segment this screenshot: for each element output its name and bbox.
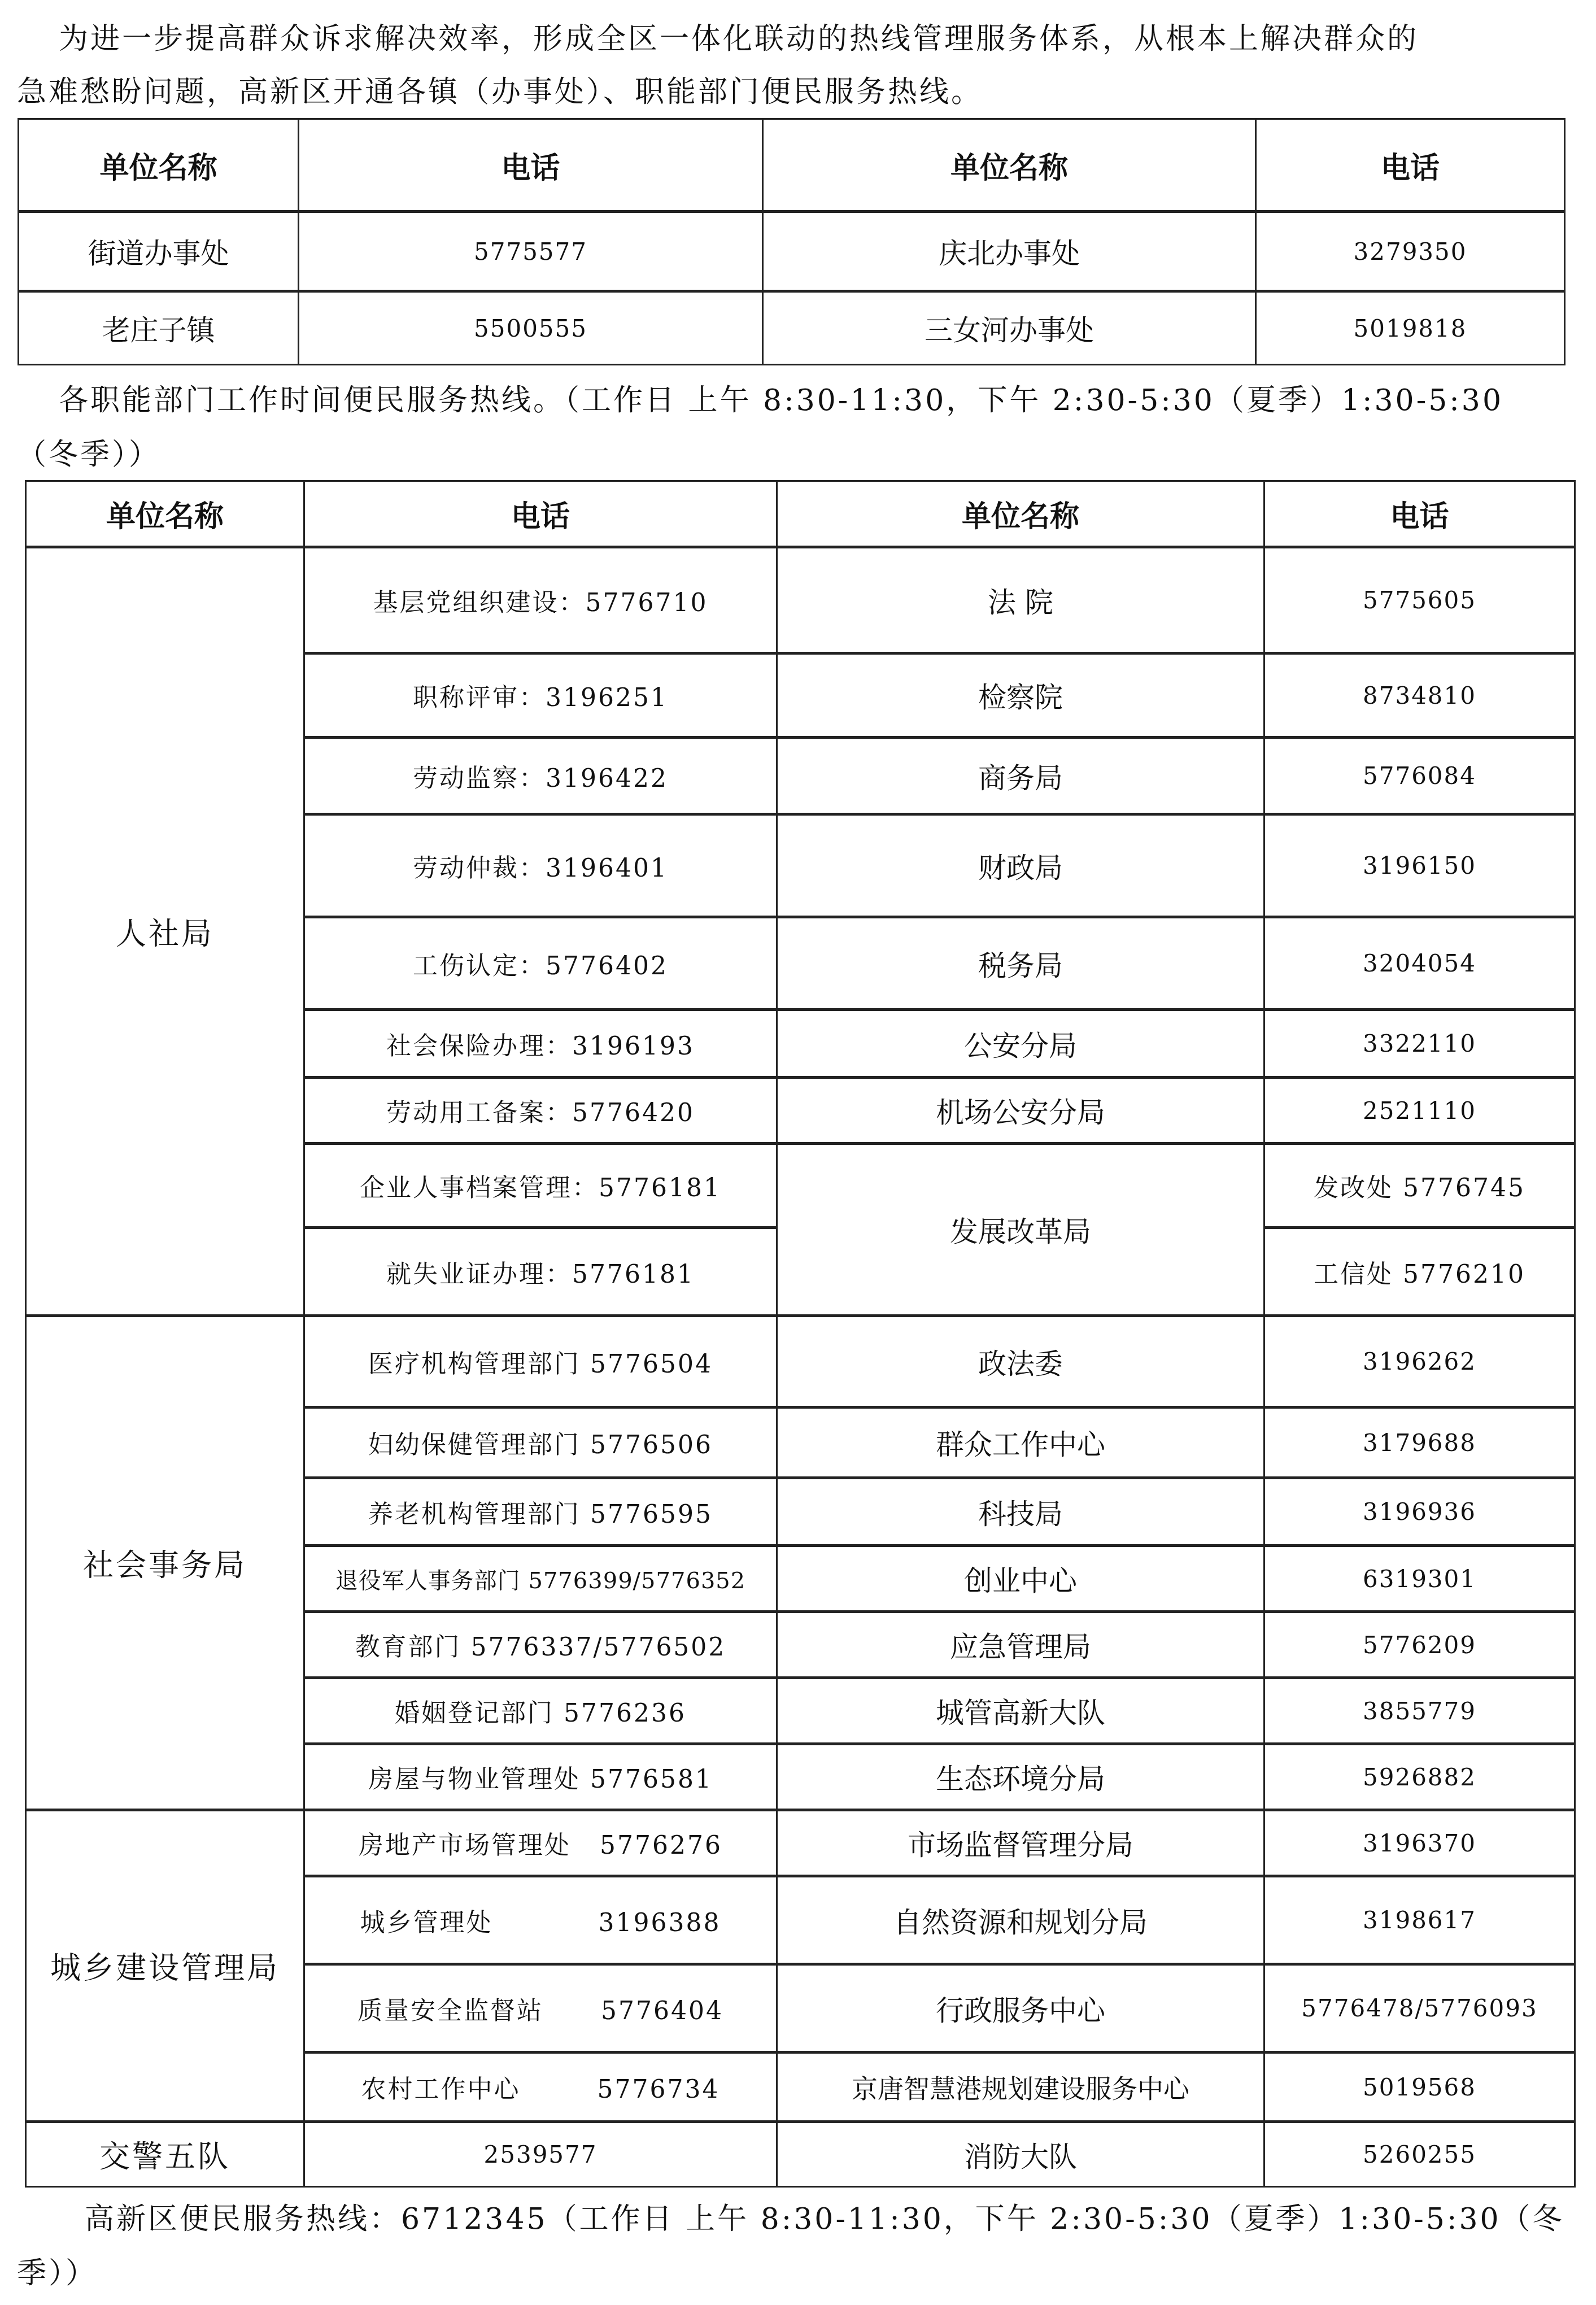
- unit-name: 街道办事处: [19, 212, 299, 291]
- unit-name: 群众工作中心: [777, 1408, 1264, 1478]
- phone: 3279350: [1256, 212, 1565, 291]
- unit-name: 应急管理局: [777, 1612, 1264, 1678]
- sub-department-phone: 社会保险办理：3196193: [304, 1010, 777, 1078]
- unit-name: 机场公安分局: [777, 1078, 1264, 1144]
- phone: 3198617: [1264, 1876, 1575, 1964]
- section2-line-1: 各职能部门工作时间便民服务热线。（工作日 上午 8:30-11:30，下午 2:…: [59, 373, 1503, 428]
- unit-name: 财政局: [777, 814, 1264, 917]
- section2-line-2: （冬季））: [17, 427, 160, 482]
- header-phone: 电话: [1264, 481, 1575, 547]
- unit-name: 政法委: [777, 1316, 1264, 1408]
- town-hotline-table: 单位名称 电话 单位名称 电话 街道办事处 5775577 庆北办事处 3279…: [18, 118, 1566, 365]
- footer-line-1: 高新区便民服务热线：6712345（工作日 上午 8:30-11:30，下午 2…: [85, 2191, 1564, 2247]
- phone: 3179688: [1264, 1408, 1575, 1478]
- header-unit-name: 单位名称: [26, 481, 304, 547]
- unit-name: 庆北办事处: [763, 212, 1256, 291]
- header-phone: 电话: [304, 481, 777, 547]
- phone: 3196370: [1264, 1810, 1575, 1876]
- department-hotline-table: 单位名称 电话 单位名称 电话 人社局 基层党组织建设：5776710 法 院 …: [25, 480, 1576, 2188]
- phone: 3196150: [1264, 814, 1575, 917]
- phone: 6319301: [1264, 1546, 1575, 1612]
- unit-name: 市场监督管理分局: [777, 1810, 1264, 1876]
- header-phone: 电话: [1256, 119, 1565, 212]
- sub-department-phone: 医疗机构管理部门 5776504: [304, 1316, 777, 1408]
- sub-department-phone: 工伤认定：5776402: [304, 917, 777, 1010]
- phone: 3196262: [1264, 1316, 1575, 1408]
- header-unit-name: 单位名称: [777, 481, 1264, 547]
- phone: 3204054: [1264, 917, 1575, 1010]
- phone: 3855779: [1264, 1678, 1575, 1744]
- header-unit-name: 单位名称: [763, 119, 1256, 212]
- unit-name: 科技局: [777, 1478, 1264, 1546]
- unit-name: 老庄子镇: [19, 291, 299, 365]
- table-header-row: 单位名称 电话 单位名称 电话: [26, 481, 1575, 547]
- unit-name: 商务局: [777, 738, 1264, 814]
- phone: 5776478/5776093: [1264, 1964, 1575, 2053]
- sub-department-phone: 退役军人事务部门 5776399/5776352: [304, 1546, 777, 1612]
- phone: 工信处 5776210: [1264, 1228, 1575, 1316]
- phone: 2539577: [304, 2122, 777, 2187]
- sub-department-phone: 教育部门 5776337/5776502: [304, 1612, 777, 1678]
- phone: 3196936: [1264, 1478, 1575, 1546]
- sub-department-phone: 婚姻登记部门 5776236: [304, 1678, 777, 1744]
- sub-department-phone: 劳动用工备案：5776420: [304, 1078, 777, 1144]
- sub-department-phone: 农村工作中心 5776734: [304, 2053, 777, 2122]
- sub-department-phone: 劳动监察：3196422: [304, 738, 777, 814]
- sub-department-phone: 劳动仲裁：3196401: [304, 814, 777, 917]
- table-row: 城乡建设管理局 房地产市场管理处 5776276 市场监督管理分局 319637…: [26, 1810, 1575, 1876]
- sub-department-phone: 房屋与物业管理处 5776581: [304, 1744, 777, 1810]
- unit-name: 法 院: [777, 547, 1264, 653]
- sub-department-phone: 就失业证办理：5776181: [304, 1228, 777, 1316]
- sub-department-phone: 妇幼保健管理部门 5776506: [304, 1408, 777, 1478]
- phone: 5260255: [1264, 2122, 1575, 2187]
- phone: 3322110: [1264, 1010, 1575, 1078]
- sub-department-phone: 职称评审：3196251: [304, 653, 777, 738]
- sub-department-phone: 房地产市场管理处 5776276: [304, 1810, 777, 1876]
- phone: 5776084: [1264, 738, 1575, 814]
- table-header-row: 单位名称 电话 单位名称 电话: [19, 119, 1565, 212]
- phone: 5500555: [299, 291, 763, 365]
- sub-department-phone: 养老机构管理部门 5776595: [304, 1478, 777, 1546]
- unit-name: 京唐智慧港规划建设服务中心: [777, 2053, 1264, 2122]
- unit-name: 检察院: [777, 653, 1264, 738]
- header-phone: 电话: [299, 119, 763, 212]
- group-social-affairs: 社会事务局: [26, 1316, 304, 1810]
- table-row: 老庄子镇 5500555 三女河办事处 5019818: [19, 291, 1565, 365]
- sub-department-phone: 企业人事档案管理：5776181: [304, 1144, 777, 1228]
- unit-name: 行政服务中心: [777, 1964, 1264, 2053]
- phone: 2521110: [1264, 1078, 1575, 1144]
- intro-line-2: 急难愁盼问题，高新区开通各镇（办事处）、职能部门便民服务热线。: [17, 64, 983, 120]
- phone: 5775605: [1264, 547, 1575, 653]
- unit-name: 消防大队: [777, 2122, 1264, 2187]
- table-row: 街道办事处 5775577 庆北办事处 3279350: [19, 212, 1565, 291]
- intro-line-1: 为进一步提高群众诉求解决效率，形成全区一体化联动的热线管理服务体系，从根本上解决…: [59, 11, 1419, 67]
- phone: 5019818: [1256, 291, 1565, 365]
- phone: 5775577: [299, 212, 763, 291]
- sub-department-phone: 基层党组织建设：5776710: [304, 547, 777, 653]
- table-row: 交警五队 2539577 消防大队 5260255: [26, 2122, 1575, 2187]
- unit-name: 发展改革局: [777, 1144, 1264, 1316]
- phone: 发改处 5776745: [1264, 1144, 1575, 1228]
- table-row: 社会事务局 医疗机构管理部门 5776504 政法委 3196262: [26, 1316, 1575, 1408]
- unit-name: 公安分局: [777, 1010, 1264, 1078]
- group-urban-rural-construction: 城乡建设管理局: [26, 1810, 304, 2122]
- unit-name: 税务局: [777, 917, 1264, 1010]
- group-renshe: 人社局: [26, 547, 304, 1316]
- phone: 5776209: [1264, 1612, 1575, 1678]
- header-unit-name: 单位名称: [19, 119, 299, 212]
- footer-line-2: 季））: [17, 2246, 97, 2301]
- sub-department-phone: 质量安全监督站 5776404: [304, 1964, 777, 2053]
- unit-name: 自然资源和规划分局: [777, 1876, 1264, 1964]
- unit-name: 交警五队: [26, 2122, 304, 2187]
- unit-name: 三女河办事处: [763, 291, 1256, 365]
- unit-name: 生态环境分局: [777, 1744, 1264, 1810]
- sub-department-phone: 城乡管理处 3196388: [304, 1876, 777, 1964]
- unit-name: 创业中心: [777, 1546, 1264, 1612]
- phone: 8734810: [1264, 653, 1575, 738]
- phone: 5019568: [1264, 2053, 1575, 2122]
- table-row: 人社局 基层党组织建设：5776710 法 院 5775605: [26, 547, 1575, 653]
- unit-name: 城管高新大队: [777, 1678, 1264, 1744]
- phone: 5926882: [1264, 1744, 1575, 1810]
